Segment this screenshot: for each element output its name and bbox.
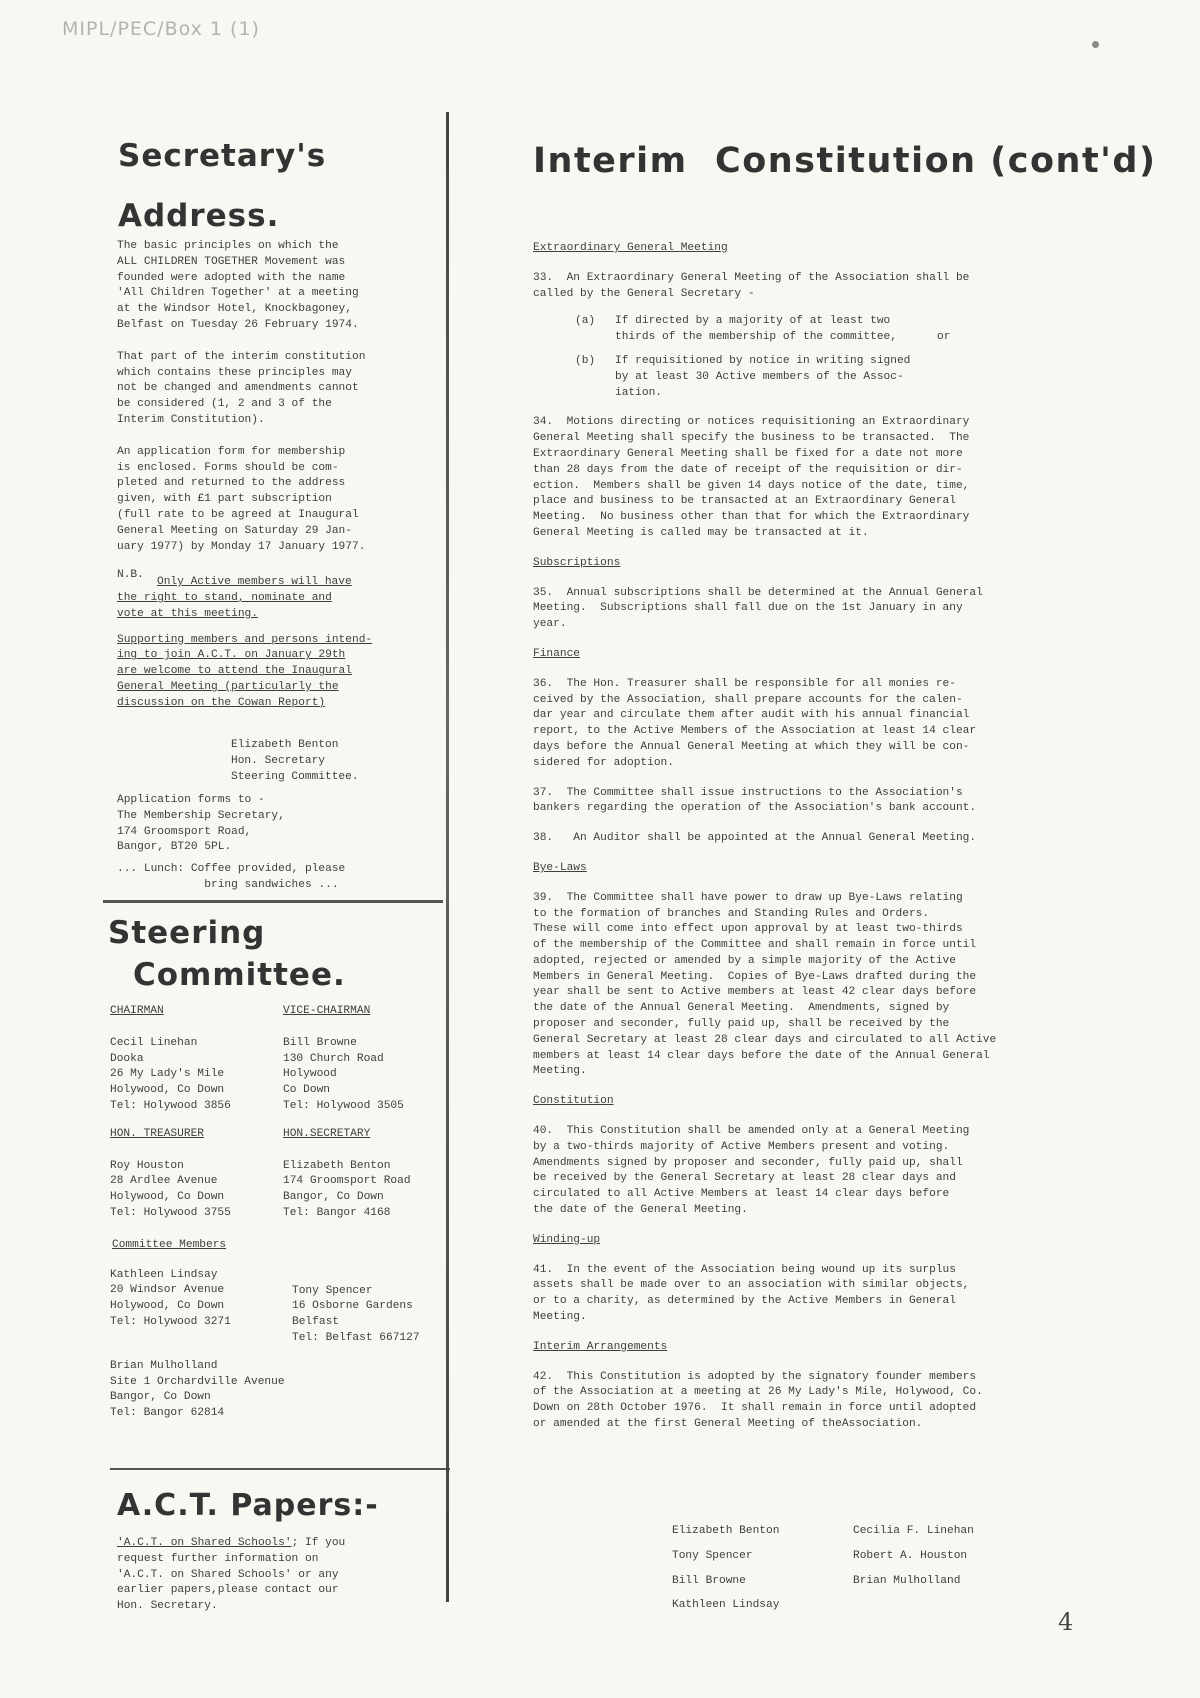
application-forms: Application forms to - The Membership Se… — [117, 793, 437, 907]
committee-member: Tony Spencer 16 Osborne Gardens Belfast … — [292, 1284, 462, 1347]
clause: 34. Motions directing or notices requisi… — [533, 415, 1103, 541]
subitem-text: If requisitioned by notice in writing si… — [615, 354, 910, 401]
officer-treasurer: HON. TREASURER Roy Houston 28 Ardlee Ave… — [110, 1127, 283, 1222]
application-address: Application forms to - The Membership Se… — [117, 793, 437, 856]
signatories: Elizabeth BentonCecilia F. LinehanTony S… — [672, 1524, 1023, 1614]
officer-vice-chairman: VICE-CHAIRMAN Bill Browne 130 Church Roa… — [283, 1004, 458, 1115]
secretary-signature: Elizabeth Benton Hon. Secretary Steering… — [231, 738, 359, 785]
section-title: Constitution — [533, 1094, 1103, 1110]
secretary-paragraph: That part of the interim constitution wh… — [117, 350, 437, 429]
officer-role: CHAIRMAN — [110, 1004, 283, 1020]
signatory-name: Robert A. Houston — [853, 1549, 1023, 1565]
nb-label: N.B. — [117, 569, 144, 581]
lunch-note: ... Lunch: Coffee provided, please bring… — [117, 862, 437, 894]
clause: 37. The Committee shall issue instructio… — [533, 786, 1103, 818]
constitution-sections: Extraordinary General Meeting33. An Extr… — [533, 241, 1103, 1447]
clause-text: 38. An Auditor shall be appointed at the… — [533, 831, 1103, 847]
committee-member: Brian Mulholland Site 1 Orchardville Ave… — [110, 1359, 450, 1422]
clause-subitem: (a)If directed by a majority of at least… — [575, 314, 1103, 346]
secretary-heading-line1: Secretary's — [118, 138, 326, 174]
officer-role: HON. TREASURER — [110, 1127, 283, 1143]
steering-heading-line2: Committee. — [133, 957, 346, 993]
clause: 33. An Extraordinary General Meeting of … — [533, 271, 1103, 402]
steering-heading-line1: Steering — [108, 915, 265, 951]
clause-text: 41. In the event of the Association bein… — [533, 1263, 1103, 1326]
officer-role: HON.SECRETARY — [283, 1127, 458, 1143]
signatory-name: Tony Spencer — [672, 1549, 853, 1565]
divider — [103, 900, 443, 903]
secretary-heading-line2: Address. — [118, 198, 279, 234]
signatory-name: Bill Browne — [672, 1574, 853, 1590]
section-title: Winding-up — [533, 1233, 1103, 1249]
clause: 41. In the event of the Association bein… — [533, 1263, 1103, 1326]
officer-details: Roy Houston 28 Ardlee Avenue Holywood, C… — [110, 1159, 283, 1222]
signatory-name: Kathleen Lindsay — [672, 1598, 853, 1614]
supporting-members-note: Supporting members and persons intend- i… — [117, 633, 437, 712]
section-title: Extraordinary General Meeting — [533, 241, 1103, 257]
section-title: Finance — [533, 647, 1103, 663]
subitem-suffix: or — [937, 330, 950, 346]
section-title: Interim Arrangements — [533, 1340, 1103, 1356]
committee-members: Committee Members Kathleen Lindsay 20 Wi… — [110, 1238, 450, 1422]
clause-text: 36. The Hon. Treasurer shall be responsi… — [533, 677, 1103, 772]
subitem-text: If directed by a majority of at least tw… — [615, 314, 897, 346]
ink-speck — [1092, 41, 1099, 48]
clause: 35. Annual subscriptions shall be determ… — [533, 586, 1103, 633]
clause: 39. The Committee shall have power to dr… — [533, 891, 1103, 1081]
officer-details: Elizabeth Benton 174 Groomsport Road Ban… — [283, 1159, 458, 1222]
signatory-name: Elizabeth Benton — [672, 1524, 853, 1540]
section-title: Subscriptions — [533, 556, 1103, 572]
column-divider — [446, 112, 449, 1602]
officers-list: CHAIRMAN Cecil Linehan Dooka 26 My Lady'… — [110, 1004, 450, 1422]
page-number: 4 — [1058, 1608, 1073, 1636]
clause-text: 34. Motions directing or notices requisi… — [533, 415, 1103, 541]
signatory-name: Brian Mulholland — [853, 1574, 1023, 1590]
clause: 42. This Constitution is adopted by the … — [533, 1370, 1103, 1433]
subitem-label: (b) — [575, 354, 615, 401]
constitution-heading: Interim Constitution (cont'd) — [533, 141, 1156, 181]
subitem-label: (a) — [575, 314, 615, 346]
officer-chairman: CHAIRMAN Cecil Linehan Dooka 26 My Lady'… — [110, 1004, 283, 1115]
officer-details: Bill Browne 130 Church Road Holywood Co … — [283, 1036, 458, 1115]
clause-text: 39. The Committee shall have power to dr… — [533, 891, 1103, 1081]
clause: 40. This Constitution shall be amended o… — [533, 1124, 1103, 1219]
clause: 36. The Hon. Treasurer shall be responsi… — [533, 677, 1103, 772]
officer-role: VICE-CHAIRMAN — [283, 1004, 458, 1020]
officer-details: Cecil Linehan Dooka 26 My Lady's Mile Ho… — [110, 1036, 283, 1115]
clause-text: 42. This Constitution is adopted by the … — [533, 1370, 1103, 1433]
papers-heading: A.C.T. Papers:- — [117, 1488, 379, 1523]
signatory-name — [853, 1598, 1023, 1614]
signatory-name: Cecilia F. Linehan — [853, 1524, 1023, 1540]
archive-reference: MIPL/PEC/Box 1 (1) — [62, 18, 260, 40]
committee-member: Kathleen Lindsay 20 Windsor Avenue Holyw… — [110, 1268, 292, 1347]
clause-text: 40. This Constitution shall be amended o… — [533, 1124, 1103, 1219]
clause-text: 33. An Extraordinary General Meeting of … — [533, 271, 1103, 303]
nb-text: Only Active members will have the right … — [117, 575, 437, 622]
secretary-address-body: The basic principles on which the ALL CH… — [117, 239, 437, 720]
clause: 38. An Auditor shall be appointed at the… — [533, 831, 1103, 847]
divider — [110, 1468, 450, 1470]
section-title: Bye-Laws — [533, 861, 1103, 877]
shared-schools-link[interactable]: 'A.C.T. on Shared Schools' — [117, 1537, 292, 1549]
officer-secretary: HON.SECRETARY Elizabeth Benton 174 Groom… — [283, 1127, 458, 1222]
clause-subitem: (b)If requisitioned by notice in writing… — [575, 354, 1103, 401]
secretary-paragraph: An application form for membership is en… — [117, 445, 437, 556]
committee-members-title: Committee Members — [112, 1238, 450, 1254]
clause-text: 37. The Committee shall issue instructio… — [533, 786, 1103, 818]
clause-text: 35. Annual subscriptions shall be determ… — [533, 586, 1103, 633]
secretary-paragraph: The basic principles on which the ALL CH… — [117, 239, 437, 334]
papers-body: 'A.C.T. on Shared Schools'; If you reque… — [117, 1536, 437, 1615]
